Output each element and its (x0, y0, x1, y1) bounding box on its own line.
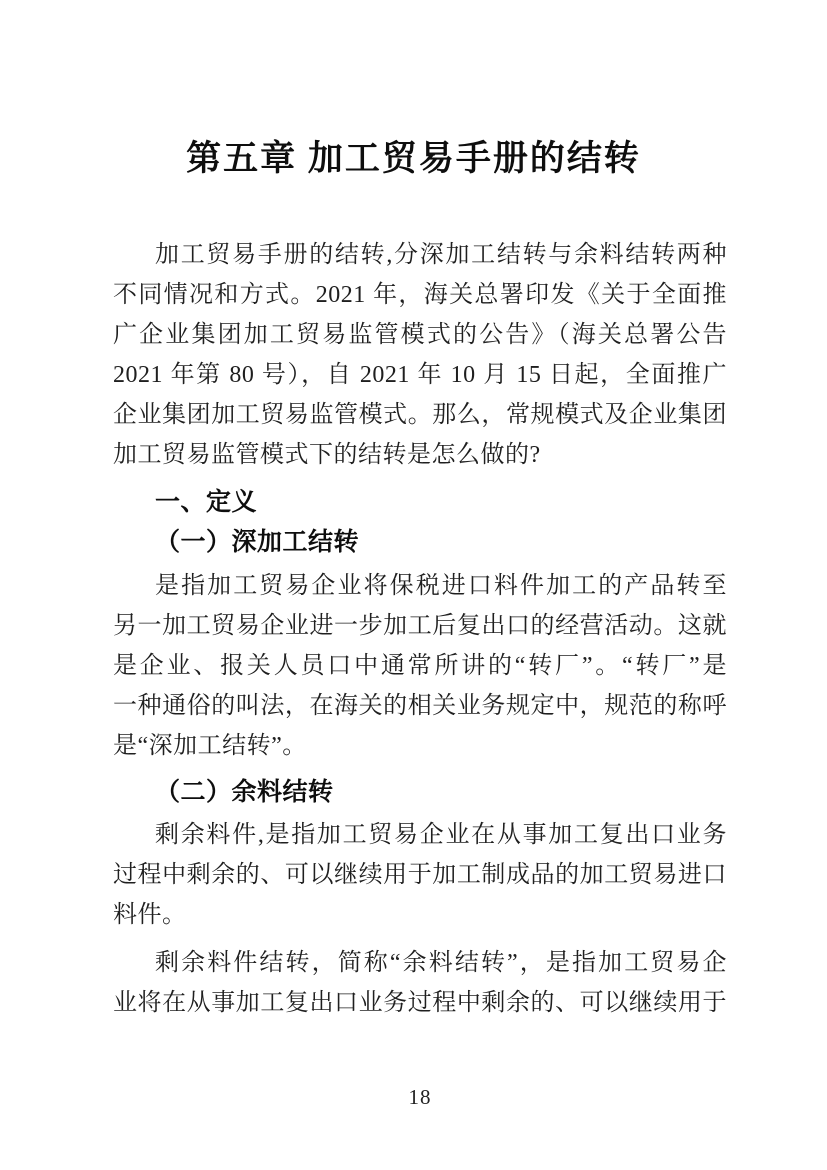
paragraph-3-line-1: 剩余料件,是指加工贸易企业在从事加工复出口业务 (113, 815, 727, 855)
paragraph-1-line-4: 2021 年第 80 号），自 2021 年 10 月 15 日起，全面推广 (113, 355, 727, 395)
section-heading-definitions: 一、定义 (113, 482, 727, 522)
document-page: 第五章 加工贸易手册的结转 加工贸易手册的结转,分深加工结转与余料结转两种 不同… (0, 0, 827, 1170)
paragraph-3-line-2: 过程中剩余的、可以继续用于加工制成品的加工贸易进口 (113, 855, 727, 895)
paragraph-1-line-5: 企业集团加工贸易监管模式。那么，常规模式及企业集团 (113, 395, 727, 435)
body-text-column: 加工贸易手册的结转,分深加工结转与余料结转两种 不同情况和方式。2021 年，海… (113, 235, 727, 1023)
paragraph-2-line-4: 一种通俗的叫法，在海关的相关业务规定中，规范的称呼 (113, 686, 727, 726)
paragraph-1-line-2: 不同情况和方式。2021 年，海关总署印发《关于全面推 (113, 275, 727, 315)
paragraph-2-line-5: 是“深加工结转”。 (113, 726, 727, 766)
paragraph-4-line-1: 剩余料件结转，简称“余料结转”，是指加工贸易企 (113, 943, 727, 983)
paragraph-1-line-1: 加工贸易手册的结转,分深加工结转与余料结转两种 (113, 235, 727, 275)
subsection-heading-deep-processing-transfer: （一）深加工结转 (113, 522, 727, 562)
paragraph-2-line-2: 另一加工贸易企业进一步加工后复出口的经营活动。这就 (113, 606, 727, 646)
paragraph-2-line-1: 是指加工贸易企业将保税进口料件加工的产品转至 (113, 566, 727, 606)
paragraph-1-line-3: 广企业集团加工贸易监管模式的公告》（海关总署公告 (113, 315, 727, 355)
paragraph-3-line-3: 料件。 (113, 895, 727, 935)
page-number: 18 (113, 1083, 727, 1111)
paragraph-2-line-3: 是企业、报关人员口中通常所讲的“转厂”。“转厂”是 (113, 646, 727, 686)
chapter-title: 第五章 加工贸易手册的结转 (0, 138, 827, 180)
paragraph-1-line-6: 加工贸易监管模式下的结转是怎么做的? (113, 435, 727, 475)
paragraph-4-line-2: 业将在从事加工复出口业务过程中剩余的、可以继续用于 (113, 983, 727, 1023)
subsection-heading-surplus-material-transfer: （二）余料结转 (113, 772, 727, 812)
